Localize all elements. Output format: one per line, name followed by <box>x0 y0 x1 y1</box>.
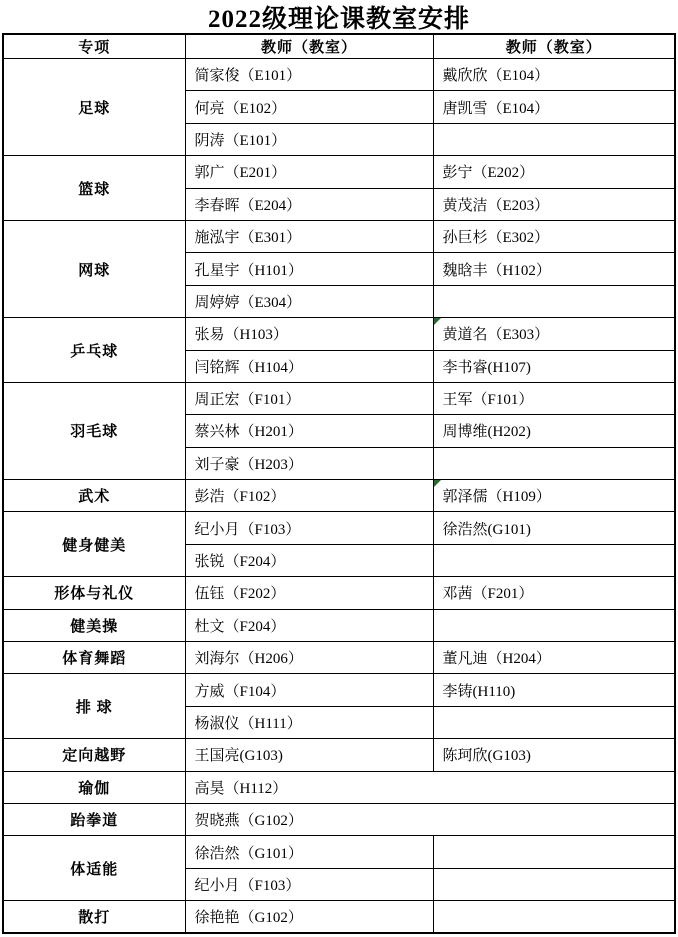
teacher-cell <box>433 285 675 317</box>
teacher-name: 贺晓燕（G102） <box>195 813 303 829</box>
teacher-name: 李书睿(H107) <box>443 360 531 376</box>
teacher-name: 彭浩（F102） <box>195 489 286 505</box>
teacher-cell: 贺晓燕（G102） <box>185 803 675 835</box>
teacher-name: 施泓宇（E301） <box>195 230 302 246</box>
teacher-cell: 郭泽儒（H109） <box>433 480 675 512</box>
table-row: 健美操杜文（F204） <box>3 609 675 641</box>
teacher-cell: 施泓宇（E301） <box>185 220 433 252</box>
teacher-name: 周正宏（F101） <box>195 392 301 408</box>
header-teacher-room-2: 教师（教室） <box>433 34 675 59</box>
teacher-name: 周博维(H202) <box>443 424 531 440</box>
teacher-cell: 黄道名（E303） <box>433 318 675 350</box>
document-page: 2022级理论课教室安排 专项 教师（教室） 教师（教室） 足球简家俊（E101… <box>0 0 678 937</box>
teacher-name: 黄茂洁（E203） <box>443 198 550 214</box>
teacher-name: 李铸(H110) <box>443 684 516 700</box>
teacher-name: 王国亮(G103) <box>195 748 283 764</box>
teacher-cell: 李铸(H110) <box>433 674 675 706</box>
teacher-name: 黄道名（E303） <box>443 327 550 343</box>
table-row: 瑜伽高昊（H112） <box>3 771 675 803</box>
teacher-cell: 郭广（E201） <box>185 156 433 188</box>
teacher-cell: 李书睿(H107) <box>433 350 675 382</box>
header-teacher-room-1: 教师（教室） <box>185 34 433 59</box>
teacher-name: 徐浩然（G101） <box>195 846 303 862</box>
teacher-cell <box>433 447 675 479</box>
teacher-name: 何亮（E102） <box>195 101 287 117</box>
teacher-cell: 蔡兴林（H201） <box>185 415 433 447</box>
teacher-cell: 纪小月（F103） <box>185 512 433 544</box>
specialty-cell: 散打 <box>3 901 185 933</box>
header-specialty: 专项 <box>3 34 185 59</box>
teacher-cell: 邓茜（F201） <box>433 577 675 609</box>
teacher-cell: 方威（F104） <box>185 674 433 706</box>
table-row: 篮球郭广（E201）彭宁（E202） <box>3 156 675 188</box>
teacher-cell: 刘海尔（H206） <box>185 642 433 674</box>
teacher-cell: 彭浩（F102） <box>185 480 433 512</box>
teacher-name: 董凡迪（H204） <box>443 651 551 667</box>
teacher-cell: 王国亮(G103) <box>185 739 433 771</box>
table-row: 散打徐艳艳（G102） <box>3 901 675 933</box>
teacher-cell: 周博维(H202) <box>433 415 675 447</box>
teacher-cell <box>433 544 675 576</box>
specialty-cell: 跆拳道 <box>3 803 185 835</box>
teacher-name: 周婷婷（E304） <box>195 295 302 311</box>
teacher-cell: 简家俊（E101） <box>185 59 433 91</box>
teacher-cell: 李春晖（E204） <box>185 188 433 220</box>
teacher-name: 王军（F101） <box>443 392 534 408</box>
teacher-cell <box>433 868 675 900</box>
teacher-name: 魏晗丰（H102） <box>443 263 551 279</box>
teacher-cell: 唐凯雪（E104） <box>433 91 675 123</box>
teacher-name: 蔡兴林（H201） <box>195 424 303 440</box>
teacher-cell: 王军（F101） <box>433 382 675 414</box>
schedule-table: 专项 教师（教室） 教师（教室） 足球简家俊（E101）戴欣欣（E104）何亮（… <box>2 33 676 934</box>
teacher-cell: 张锐（F204） <box>185 544 433 576</box>
teacher-cell: 魏晗丰（H102） <box>433 253 675 285</box>
specialty-cell: 足球 <box>3 59 185 156</box>
teacher-cell: 彭宁（E202） <box>433 156 675 188</box>
green-triangle-marker <box>434 318 441 325</box>
teacher-cell: 杨淑仪（H111） <box>185 706 433 738</box>
teacher-name: 纪小月（F103） <box>195 522 301 538</box>
teacher-cell: 阴涛（E101） <box>185 123 433 155</box>
specialty-cell: 瑜伽 <box>3 771 185 803</box>
teacher-cell <box>433 706 675 738</box>
teacher-name: 刘子豪（H203） <box>195 457 303 473</box>
specialty-cell: 体适能 <box>3 836 185 901</box>
teacher-name: 杨淑仪（H111） <box>195 716 302 732</box>
teacher-name: 阴涛（E101） <box>195 133 287 149</box>
table-row: 乒乓球张易（H103）黄道名（E303） <box>3 318 675 350</box>
specialty-cell: 乒乓球 <box>3 318 185 383</box>
teacher-name: 简家俊（E101） <box>195 68 302 84</box>
teacher-cell: 杜文（F204） <box>185 609 433 641</box>
teacher-cell: 孔星宇（H101） <box>185 253 433 285</box>
table-row: 武术彭浩（F102）郭泽儒（H109） <box>3 480 675 512</box>
teacher-name: 李春晖（E204） <box>195 198 302 214</box>
specialty-cell: 排 球 <box>3 674 185 739</box>
teacher-name: 闫铭辉（H104） <box>195 360 303 376</box>
teacher-cell: 戴欣欣（E104） <box>433 59 675 91</box>
teacher-name: 徐浩然(G101) <box>443 522 531 538</box>
teacher-name: 张锐（F204） <box>195 554 286 570</box>
teacher-cell: 何亮（E102） <box>185 91 433 123</box>
teacher-name: 唐凯雪（E104） <box>443 101 550 117</box>
table-row: 健身健美纪小月（F103）徐浩然(G101) <box>3 512 675 544</box>
teacher-cell: 周婷婷（E304） <box>185 285 433 317</box>
table-row: 形体与礼仪伍钰（F202）邓茜（F201） <box>3 577 675 609</box>
table-row: 羽毛球周正宏（F101）王军（F101） <box>3 382 675 414</box>
teacher-cell: 刘子豪（H203） <box>185 447 433 479</box>
teacher-name: 高昊（H112） <box>195 781 288 797</box>
table-row: 足球简家俊（E101）戴欣欣（E104） <box>3 59 675 91</box>
table-row: 跆拳道贺晓燕（G102） <box>3 803 675 835</box>
teacher-cell: 闫铭辉（H104） <box>185 350 433 382</box>
teacher-cell <box>433 609 675 641</box>
teacher-cell: 高昊（H112） <box>185 771 675 803</box>
table-row: 定向越野王国亮(G103)陈珂欣(G103) <box>3 739 675 771</box>
teacher-name: 方威（F104） <box>195 684 286 700</box>
table-row: 网球施泓宇（E301）孙巨杉（E302） <box>3 220 675 252</box>
specialty-cell: 体育舞蹈 <box>3 642 185 674</box>
teacher-cell <box>433 901 675 933</box>
teacher-cell: 董凡迪（H204） <box>433 642 675 674</box>
teacher-cell: 张易（H103） <box>185 318 433 350</box>
specialty-cell: 定向越野 <box>3 739 185 771</box>
teacher-name: 纪小月（F103） <box>195 878 301 894</box>
teacher-cell <box>433 123 675 155</box>
page-title: 2022级理论课教室安排 <box>0 0 678 33</box>
teacher-name: 戴欣欣（E104） <box>443 68 550 84</box>
teacher-cell: 周正宏（F101） <box>185 382 433 414</box>
teacher-cell: 纪小月（F103） <box>185 868 433 900</box>
teacher-name: 张易（H103） <box>195 327 288 343</box>
teacher-name: 郭泽儒（H109） <box>443 489 551 505</box>
table-row: 体适能徐浩然（G101） <box>3 836 675 868</box>
specialty-cell: 羽毛球 <box>3 382 185 479</box>
specialty-cell: 健身健美 <box>3 512 185 577</box>
teacher-cell: 伍钰（F202） <box>185 577 433 609</box>
teacher-cell <box>433 836 675 868</box>
teacher-name: 孔星宇（H101） <box>195 263 303 279</box>
teacher-cell: 孙巨杉（E302） <box>433 220 675 252</box>
teacher-cell: 黄茂洁（E203） <box>433 188 675 220</box>
teacher-name: 杜文（F204） <box>195 619 286 635</box>
specialty-cell: 网球 <box>3 220 185 317</box>
teacher-name: 彭宁（E202） <box>443 165 535 181</box>
specialty-cell: 篮球 <box>3 156 185 221</box>
teacher-name: 伍钰（F202） <box>195 586 286 602</box>
teacher-name: 郭广（E201） <box>195 165 287 181</box>
green-triangle-marker <box>434 480 441 487</box>
teacher-cell: 陈珂欣(G103) <box>433 739 675 771</box>
table-row: 体育舞蹈刘海尔（H206）董凡迪（H204） <box>3 642 675 674</box>
teacher-name: 陈珂欣(G103) <box>443 748 531 764</box>
teacher-cell: 徐艳艳（G102） <box>185 901 433 933</box>
teacher-name: 孙巨杉（E302） <box>443 230 550 246</box>
table-row: 排 球方威（F104）李铸(H110) <box>3 674 675 706</box>
teacher-name: 刘海尔（H206） <box>195 651 303 667</box>
teacher-cell: 徐浩然（G101） <box>185 836 433 868</box>
header-row: 专项 教师（教室） 教师（教室） <box>3 34 675 59</box>
specialty-cell: 武术 <box>3 480 185 512</box>
specialty-cell: 健美操 <box>3 609 185 641</box>
teacher-cell: 徐浩然(G101) <box>433 512 675 544</box>
specialty-cell: 形体与礼仪 <box>3 577 185 609</box>
teacher-name: 徐艳艳（G102） <box>195 910 303 926</box>
teacher-name: 邓茜（F201） <box>443 586 534 602</box>
